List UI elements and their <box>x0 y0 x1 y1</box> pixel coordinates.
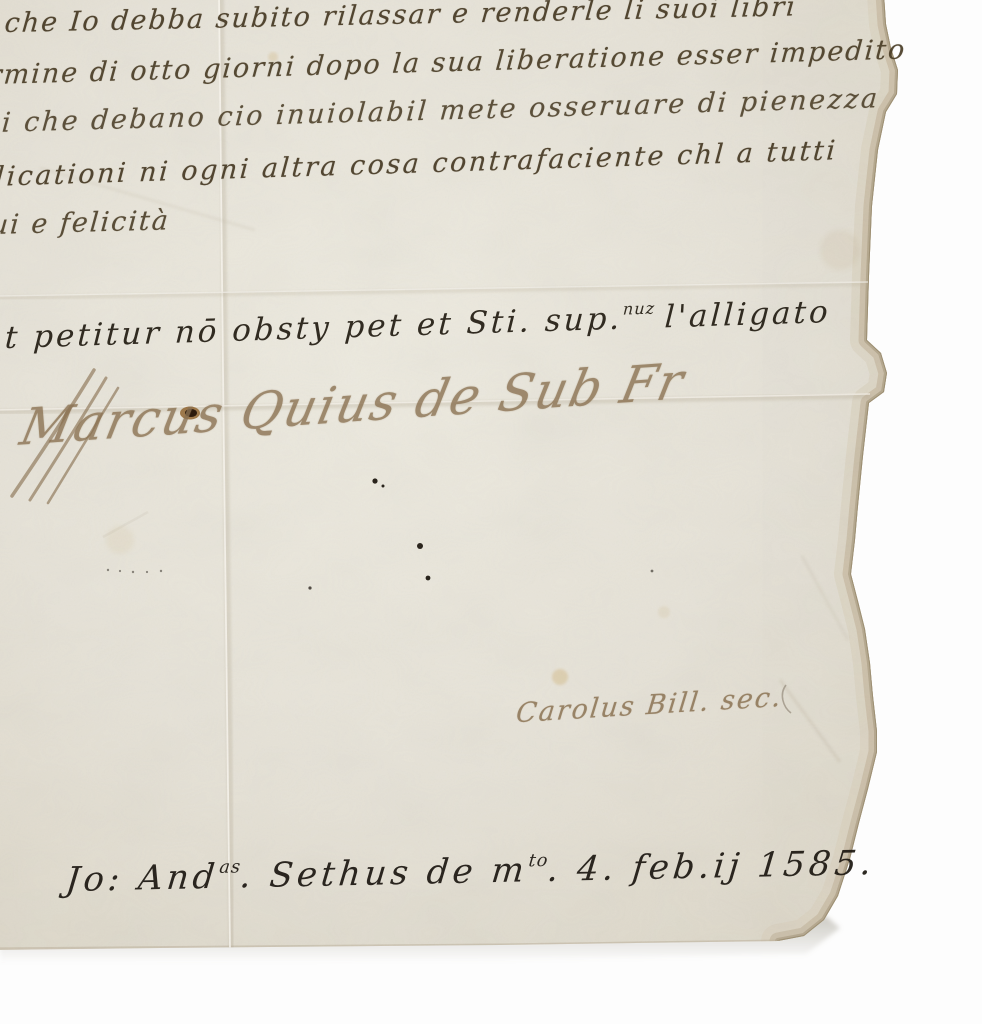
date-superscript-2: to <box>528 851 550 871</box>
date-superscript-1: as <box>218 857 242 877</box>
manuscript-line-5: ui e felicità <box>0 205 171 241</box>
date-part-1: Jo: And <box>64 857 221 900</box>
date-part-3: . 4. feb.ij 1585. <box>545 843 877 890</box>
date-part-2: . Sethus de m <box>238 850 530 896</box>
latin-superscript: nuz <box>622 299 655 319</box>
manuscript-photo: che Io debba subito rilassar e renderle … <box>0 0 982 1024</box>
latin-text-continued: l'alligato <box>664 294 832 335</box>
